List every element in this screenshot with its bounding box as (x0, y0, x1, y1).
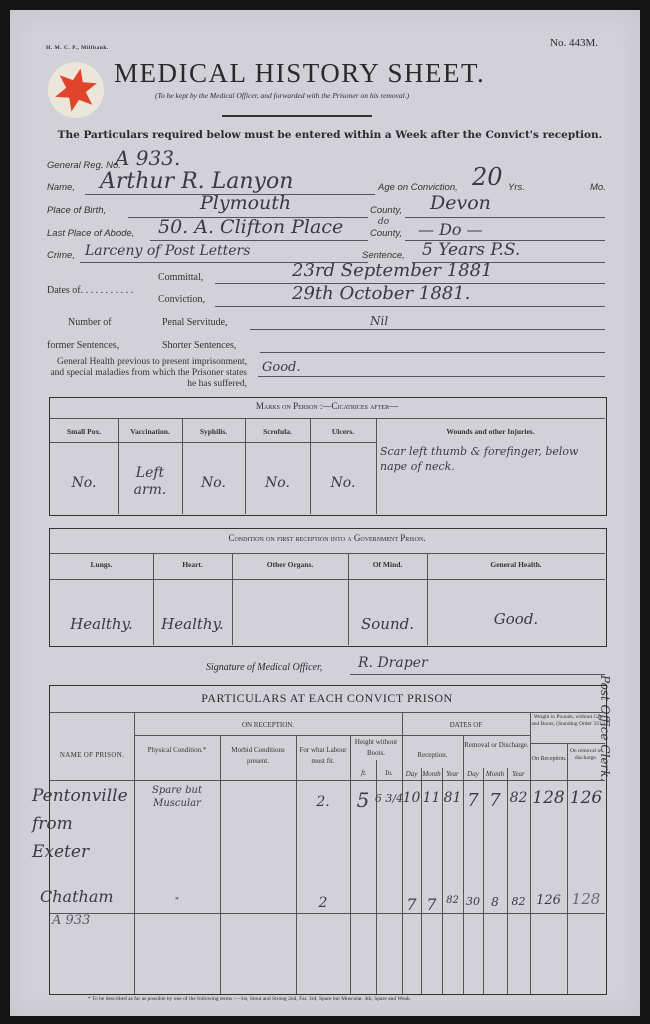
vaccination-value: Left arm. (122, 465, 178, 499)
col-lungs: Lungs. (50, 560, 153, 569)
th-rem-day: Day (463, 769, 483, 780)
signature-label: Signature of Medical Officer, (206, 662, 322, 673)
row1-rem-year: 82 (507, 790, 530, 806)
name-value: Arthur R. Lanyon (100, 169, 293, 194)
ulcers-value: No. (310, 475, 376, 491)
dates-of-label: Dates of. . . . . . . . . . . (47, 285, 133, 296)
abode-county-label: County, (370, 228, 402, 239)
form-number: No. 443M. (550, 37, 598, 49)
col-syphilis: Syphilis. (182, 427, 245, 436)
th-weight: Weight in Pounds, without Cap and Boots,… (531, 714, 605, 728)
row2-prison: Chatham (40, 887, 135, 906)
number-of-label: Number of (68, 317, 112, 328)
row1-wt-rem: 126 (567, 788, 605, 808)
col-vaccination: Vaccination. (118, 427, 182, 436)
col-general-health: General Health. (427, 560, 605, 569)
th-dates-of: DATES OF (402, 720, 530, 731)
subtitle: (To be kept by the Medical Officer, and … (155, 91, 409, 100)
particulars-title: PARTICULARS AT EACH CONVICT PRISON (49, 691, 605, 706)
scrofula-value: No. (245, 475, 310, 491)
yrs-label: Yrs. (508, 182, 525, 193)
col-scrofula: Scrofula. (245, 427, 310, 436)
th-morbid-conditions: Morbid Conditions present. (224, 745, 292, 767)
row1-rec-day: 10 (402, 790, 421, 806)
col-wounds: Wounds and other Injuries. (376, 427, 605, 436)
row2-wt-rem: 128 (567, 890, 605, 908)
row1-rec-month: 11 (421, 790, 442, 806)
row2-rec-month: 7 (421, 895, 442, 914)
birth-county-label: County, (370, 205, 402, 216)
ditto-mark: do (378, 217, 389, 227)
medical-history-sheet: H. M. C. P., Millbank. No. 443M. MEDICAL… (10, 10, 640, 1016)
syphilis-value: No. (182, 475, 245, 491)
th-physical-condition: Physical Condition.* (138, 745, 216, 756)
title-rule (222, 115, 372, 117)
former-sentences-label: former Sentences, (47, 340, 119, 351)
col-small-pox: Small Pox. (50, 427, 118, 436)
marks-title: Marks on Person :—Cicatrices after— (49, 401, 605, 411)
general-reg-no-value: A 933. (115, 146, 180, 170)
th-ft: ft. (352, 768, 376, 779)
name-label: Name, (47, 182, 75, 193)
wounds-value: Scar left thumb & forefinger, below nape… (380, 444, 600, 474)
th-height: Height without Boots. (352, 737, 400, 759)
shorter-sentences-label: Shorter Sentences, (162, 340, 236, 351)
conviction-label: Conviction, (158, 294, 205, 305)
heart-value: Healthy. (153, 615, 232, 633)
th-on-reception: ON RECEPTION. (134, 720, 402, 731)
row1-physical: Spare but Muscular (136, 784, 218, 810)
penal-servitude-value: Nil (370, 314, 388, 328)
page-title: MEDICAL HISTORY SHEET. (114, 58, 485, 89)
particulars-table (49, 685, 607, 995)
printer-mark: H. M. C. P., Millbank. (46, 45, 109, 51)
col-heart: Heart. (153, 560, 232, 569)
th-name-of-prison: NAME OF PRISON. (50, 750, 134, 761)
small-pox-value: No. (50, 475, 118, 491)
general-health-value: Good. (427, 610, 605, 628)
th-labour: For what Labour most fit. (298, 745, 348, 767)
place-of-birth-label: Place of Birth, (47, 205, 106, 216)
sentence-value: 5 Years P.S. (422, 240, 520, 260)
row1-rec-year: 81 (442, 790, 463, 806)
th-removal: Removal or Discharge. (463, 740, 530, 751)
row2-rem-day: 30 (463, 895, 483, 908)
col-of-mind: Of Mind. (348, 560, 427, 569)
col-ulcers: Ulcers. (310, 427, 376, 436)
general-health-prev-value: Good. (262, 360, 301, 375)
th-rem-year: Year (507, 769, 530, 780)
last-abode-value: 50. A. Clifton Place (158, 216, 343, 238)
row1-wt-rec: 128 (530, 788, 567, 808)
th-rec-day: Day (402, 769, 421, 780)
penal-servitude-label: Penal Servitude, (162, 317, 228, 328)
committal-label: Committal, (158, 272, 203, 283)
condition-title: Condition on first reception into a Gove… (49, 533, 605, 543)
row2-reg: A 933 (52, 913, 132, 928)
th-rem-month: Month (483, 769, 507, 780)
signature-value: R. Draper (358, 655, 428, 671)
last-abode-label: Last Place of Abode, (47, 228, 134, 239)
footnote: * To be described as far as possible by … (88, 996, 411, 1002)
row2-rem-month: 8 (483, 895, 507, 909)
th-in: In. (376, 768, 402, 779)
row1-prison: Pentonville from Exeter (32, 782, 132, 866)
row2-wt-rec: 126 (530, 893, 567, 908)
instruction-text: The Particulars required below must be e… (50, 129, 610, 142)
row1-rem-month: 7 (483, 790, 507, 811)
star-emblem-icon (48, 62, 104, 118)
row1-labour: 2. (296, 794, 350, 810)
row1-in: 6 3/4 (372, 792, 406, 805)
conviction-value: 29th October 1881. (292, 283, 470, 304)
crime-label: Crime, (47, 250, 75, 261)
general-health-prev-label: General Health previous to present impri… (47, 357, 247, 390)
abode-county-value: — Do — (418, 220, 483, 239)
place-of-birth-value: Plymouth (200, 192, 291, 214)
committal-value: 23rd September 1881 (292, 260, 493, 281)
age-value: 20 (472, 163, 503, 191)
col-other-organs: Other Organs. (232, 560, 348, 569)
th-weight-on-removal: On removal or discharge. (567, 748, 605, 762)
th-rec-year: Year (442, 769, 463, 780)
row2-rem-year: 82 (507, 895, 530, 908)
row2-physical: " (136, 897, 218, 907)
row2-rec-year: 82 (442, 895, 463, 906)
th-reception: Reception. (402, 750, 463, 761)
row1-rem-day: 7 (463, 790, 483, 811)
lungs-value: Healthy. (50, 615, 153, 633)
birth-county-value: Devon (430, 192, 491, 214)
row2-labour: 2 (296, 895, 350, 911)
th-rec-month: Month (421, 769, 442, 780)
row2-rec-day: 7 (402, 895, 421, 914)
crime-value: Larceny of Post Letters (85, 243, 250, 259)
of-mind-value: Sound. (348, 615, 427, 633)
mo-label: Mo. (590, 182, 606, 193)
th-weight-on-reception: On Reception. (531, 755, 567, 763)
